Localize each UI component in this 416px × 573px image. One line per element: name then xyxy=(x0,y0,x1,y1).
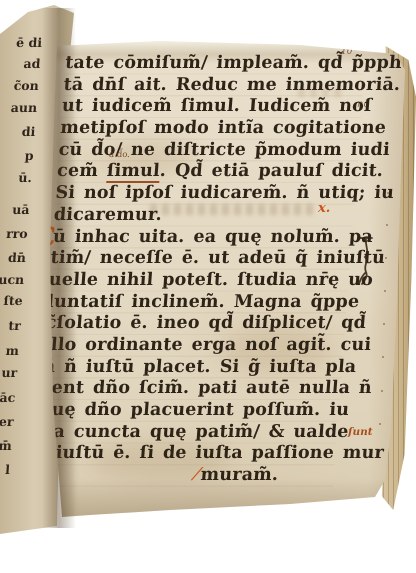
marginal-note-sunt: ſunt xyxy=(348,426,373,438)
line-segment: . Qd̃ etiā pauluſ dicit. xyxy=(159,161,384,181)
text-block: tate cōmiſum̃/ impleam̃. qd̃ p̃pphe tā d… xyxy=(33,53,366,487)
text-line: quę dño placuerint poſſum̃. iu xyxy=(38,400,340,422)
leaf-fragment: ē di xyxy=(16,35,43,50)
leaf-fragment: l xyxy=(5,462,11,477)
manuscript-photo: ē di ad c̃on aun di p ū. uā rro dn̄ ucn … xyxy=(0,0,416,573)
leaf-fragment: uā xyxy=(12,202,30,217)
text-line: Si noſ ipſoſ iudicarem̃. ñ utiq; iu xyxy=(55,183,357,205)
pricking-hole xyxy=(386,224,388,226)
leaf-fragment: ſte xyxy=(3,293,23,308)
leaf-fragment: am̄ xyxy=(0,438,12,453)
line-segment: ū inhac uita. ea quę nolum̃. pa xyxy=(52,227,373,247)
pricking-hole xyxy=(379,423,381,425)
pricking-hole xyxy=(382,356,384,358)
pricking-hole xyxy=(383,323,385,325)
leaf-fragment: di xyxy=(21,124,36,139)
leaf-fragment: āc xyxy=(0,390,16,405)
text-line-with-initial: Cū inhac uita. ea quę nolum̃. pa xyxy=(51,227,353,249)
line-segment: ſimul xyxy=(106,161,161,181)
text-line: c̃ſolatio ē. ineo qd̃ diſplicet/ qd̃ xyxy=(45,313,347,335)
line-segment: muram̃. xyxy=(200,465,279,485)
interlinear-gloss: a d̃o. xyxy=(109,151,130,159)
leaf-fragment: ū. xyxy=(18,170,33,185)
text-line: cū d̃o/ ne diſtricte p̃modum iudi xyxy=(58,140,360,162)
text-line-last: ⁄muram̃. xyxy=(33,465,335,487)
leaf-fragment: tr xyxy=(8,318,22,333)
text-line: tim̃/ neceſſe ē. ut adeū q̃ iniuſtū xyxy=(50,248,352,270)
leaf-fragment: m xyxy=(5,343,19,358)
pricking-hole xyxy=(384,290,386,292)
leaf-fragment: dn̄ xyxy=(7,250,26,265)
leaf-fragment: ad xyxy=(23,56,41,71)
previous-leaf-fragments: ē di ad c̃on aun di p ū. uā rro dn̄ ucn … xyxy=(0,30,46,500)
pricking-hole xyxy=(385,257,387,259)
text-line: metipſoſ modo intĩa cogitatione xyxy=(59,118,361,140)
text-line: tate cōmiſum̃/ impleam̃. qd̃ p̃pphe xyxy=(64,53,366,75)
text-line: illo ordinante erga noſ agit̃. cui xyxy=(43,335,345,357)
leaf-fragment: ur xyxy=(1,365,18,380)
gutter-shadow xyxy=(42,8,76,528)
text-line: ſta cuncta quę patim̃/ & ualde xyxy=(37,422,339,444)
leaf-fragment: p xyxy=(24,148,34,163)
text-line: iniuſtū ē. ſi de iuſta paſſione mur xyxy=(35,443,337,465)
pricking-hole xyxy=(381,390,383,392)
text-line: tā dn̄ſ ait. Reduc me inmemoriā. xyxy=(63,75,365,97)
text-line: cent dño ſcim̃. pati autē nulla ñ xyxy=(40,378,342,400)
leaf-fragment: er xyxy=(0,414,14,429)
text-line: luntatiſ inclinem̃. Magna q̃ppe xyxy=(46,292,348,314)
text-line: ut iudicem̃ ſimul. Iudicem̃ noſ xyxy=(61,96,363,118)
leaf-fragment: ucn xyxy=(0,272,25,287)
leaf-fragment: rro xyxy=(6,226,29,241)
underlined-word: a d̃o.ſimul xyxy=(106,161,161,183)
leaf-fragment: aun xyxy=(10,100,37,115)
leaf-fragment: c̃on xyxy=(13,78,39,93)
text-line-with-gloss: cem̃ a d̃o.ſimul. Qd̃ etiā pauluſ dicit. xyxy=(56,161,358,183)
text-line: ñ ñ iuſtū placet. Si g̃ iuſta pla xyxy=(42,357,344,379)
text-line: dicaremur. xyxy=(53,205,355,227)
text-line: uelle nihil poteſt. ſtudia nr̄ę uo xyxy=(48,270,350,292)
